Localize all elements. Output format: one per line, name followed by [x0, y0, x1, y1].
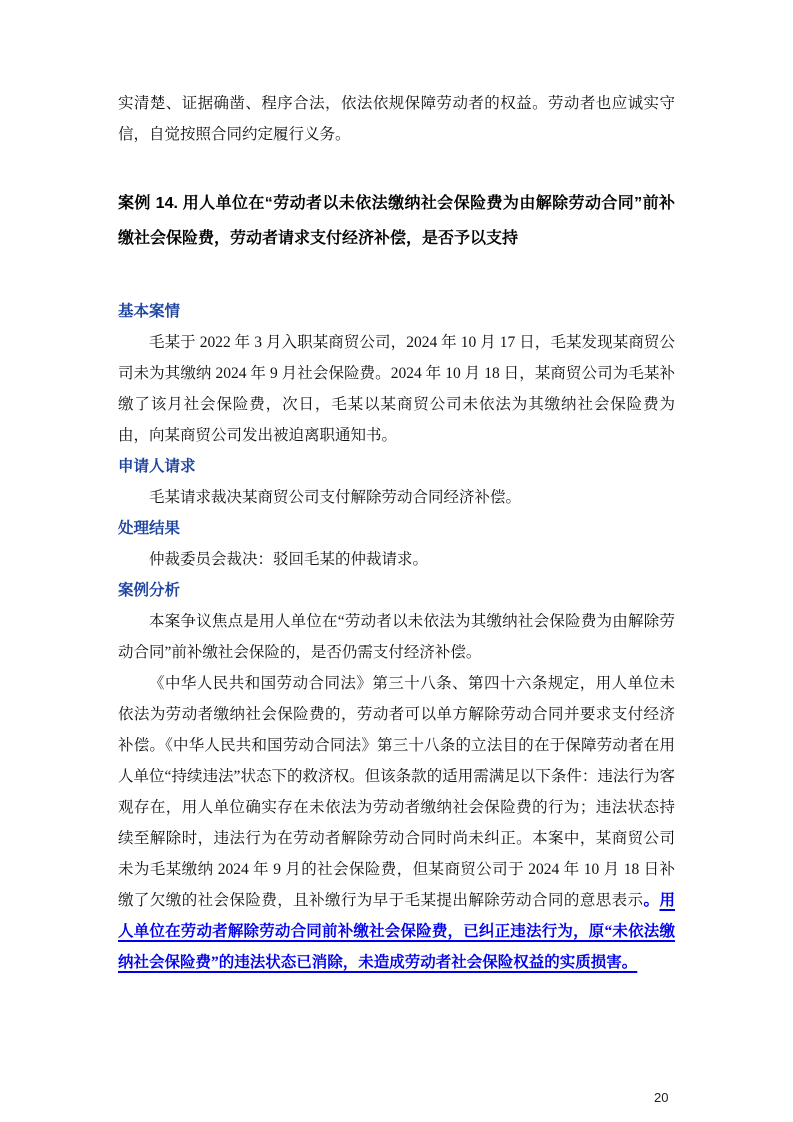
analysis-paragraph-1: 本案争议焦点是用人单位在“劳动者以未依法为其缴纳社会保险费为由解除劳动合同”前补… — [118, 606, 675, 668]
basic-facts-paragraph: 毛某于 2022 年 3 月入职某商贸公司，2024 年 10 月 17 日，毛… — [118, 327, 675, 451]
section-heading-analysis: 案例分析 — [118, 575, 675, 606]
analysis-paragraph-2-text: 《中华人民共和国劳动合同法》第三十八条、第四十六条规定，用人单位未依法为劳动者缴… — [118, 675, 675, 909]
section-heading-result: 处理结果 — [118, 513, 675, 544]
section-heading-claim: 申请人请求 — [118, 451, 675, 482]
continued-paragraph: 实清楚、证据确凿、程序合法，依法依规保障劳动者的权益。劳动者也应诚实守信，自觉按… — [118, 88, 675, 150]
analysis-blue-period: 。 — [644, 892, 660, 909]
document-page: 实清楚、证据确凿、程序合法，依法依规保障劳动者的权益。劳动者也应诚实守信，自觉按… — [0, 0, 793, 1122]
claim-paragraph: 毛某请求裁决某商贸公司支付解除劳动合同经济补偿。 — [118, 482, 675, 513]
page-number: 20 — [654, 1090, 668, 1106]
result-paragraph: 仲裁委员会裁决：驳回毛某的仲裁请求。 — [118, 544, 675, 575]
section-heading-basic-facts: 基本案情 — [118, 296, 675, 327]
page-content: 实清楚、证据确凿、程序合法，依法依规保障劳动者的权益。劳动者也应诚实守信，自觉按… — [118, 88, 675, 978]
case-title: 案例 14. 用人单位在“劳动者以未依法缴纳社会保险费为由解除劳动合同”前补缴社… — [118, 186, 675, 256]
analysis-paragraph-2: 《中华人民共和国劳动合同法》第三十八条、第四十六条规定，用人单位未依法为劳动者缴… — [118, 668, 675, 978]
